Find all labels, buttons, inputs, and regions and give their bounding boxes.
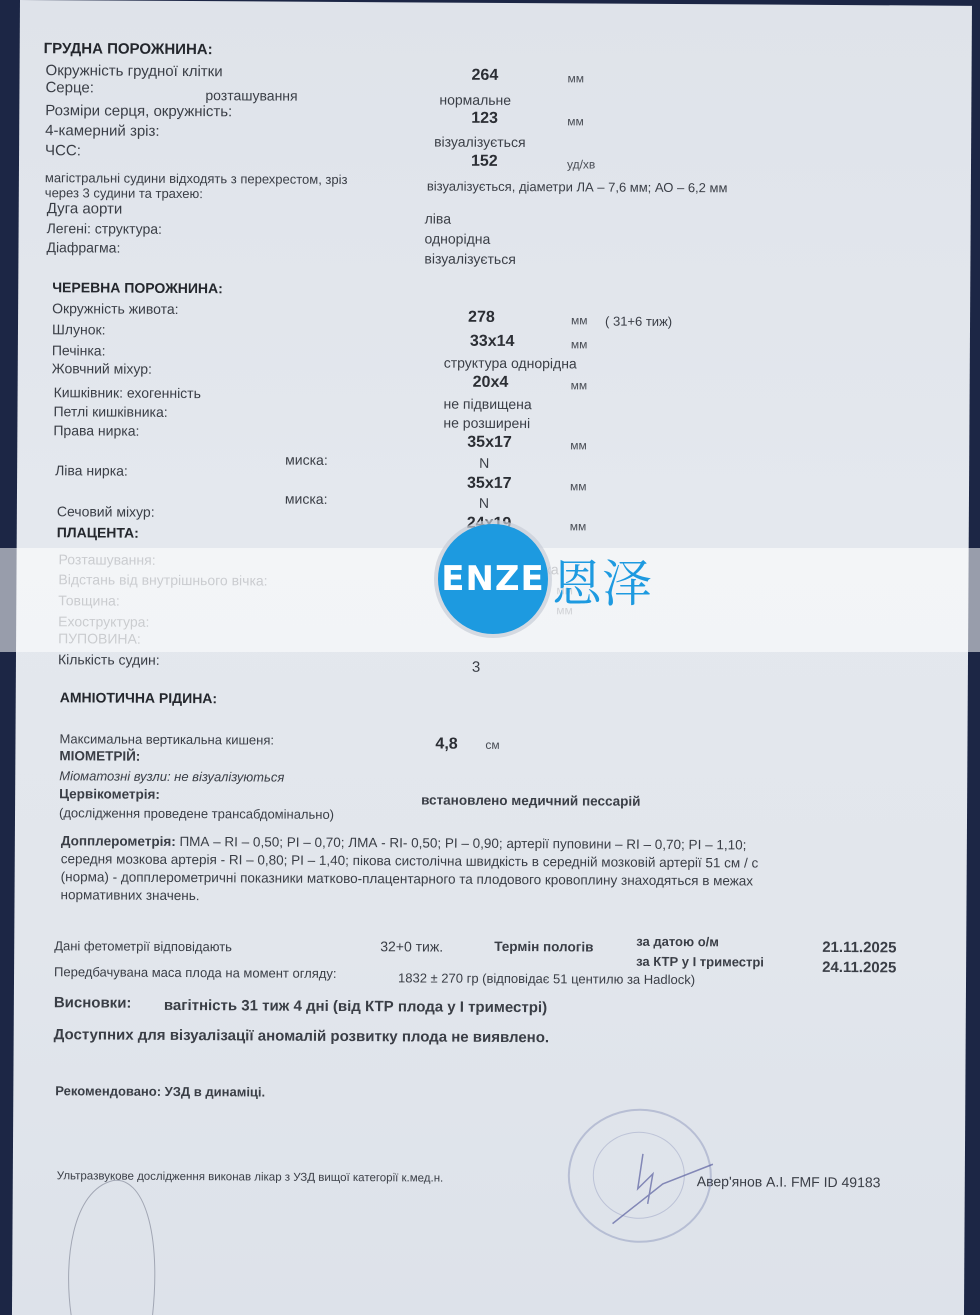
heart-rate-value: 152 [471,153,498,171]
doppler-line-4: нормативних значень. [60,886,890,909]
heart-size-unit: мм [567,114,584,128]
chest-circumference-value: 264 [471,67,498,85]
amniotic-pocket-value: 4,8 [435,736,457,754]
right-kidney-unit: мм [570,438,587,452]
report-paper: ГРУДНА ПОРОЖНИНА: Окружність грудної клі… [12,0,972,1315]
heart-position-label: розташування [205,87,297,104]
bladder-label: Сечовий міхур: [57,503,155,520]
due-lmp-label: за датою о/м [636,934,719,950]
right-pelvis-value: N [479,455,489,471]
chest-circumference-unit: мм [567,71,584,85]
doppler-title: Допплерометрія: [61,833,176,849]
due-ktr-value: 24.11.2025 [822,959,896,976]
right-pelvis-label: миска: [285,452,328,468]
abdomen-circumference-label: Окружність живота: [52,300,179,317]
gallbladder-unit: мм [571,378,588,392]
fetometry-label: Дані фетометрії відповідають [54,938,232,954]
conclusion-text: вагітність 31 тиж 4 дні (від КТР плода у… [164,997,547,1016]
amniotic-pocket-unit: см [485,738,499,752]
aortic-arch-label: Дуга аорти [47,200,123,217]
myometrium-text: Міоматозні вузли: не візуалізуються [59,768,284,784]
left-kidney-value: 35x17 [467,475,512,493]
bowel-echo-value: не підвищена [443,396,531,413]
bowel-echo-label: Кишківник: ехогенність [54,384,201,401]
chest-section-title: ГРУДНА ПОРОЖНИНА: [44,40,213,58]
right-kidney-value: 35x17 [467,434,512,452]
enze-logo-chinese: 恩泽 [552,544,652,616]
diaphragm-label: Діафрагма: [46,239,120,255]
enze-logo-text: ENZE [441,559,545,599]
due-ktr-label: за КТР у І триместрі [636,954,764,970]
heart-label: Серце: [45,79,94,96]
cervicometry-value: встановлено медичний пессарій [421,792,640,808]
fetal-weight-label: Передбачувана маса плода на момент огляд… [54,964,337,981]
heart-size-value: 123 [471,110,498,128]
great-vessels-value: візуалізується, діаметри ЛА – 7,6 мм; АО… [427,178,728,195]
cervicometry-note: (дослідження проведене трансабдомінально… [59,805,334,822]
recommendation: Рекомендовано: УЗД в динаміці. [55,1083,265,1099]
abdomen-circumference-note: ( 31+6 тиж) [605,314,672,329]
anomalies-conclusion: Доступних для візуалізації аномалій розв… [54,1026,550,1046]
right-kidney-label: Права нирка: [53,422,139,439]
four-chamber-label: 4-камерний зріз: [45,122,159,140]
stomach-value: 33x14 [470,333,515,351]
pen-mark [52,1170,173,1315]
fetometry-value: 32+0 тиж. [380,938,443,954]
stomach-label: Шлунок: [52,321,106,337]
abdomen-circumference-value: 278 [468,309,495,327]
cord-vessels-label: Кількість судин: [58,651,160,668]
great-vessels-label-2: через 3 судини та трахею: [45,185,203,201]
left-pelvis-value: N [479,495,489,511]
lungs-value: однорідна [425,230,491,246]
abdomen-circumference-unit: мм [571,313,588,327]
amniotic-pocket-label: Максимальна вертикальна кишеня: [59,731,274,747]
cord-vessels-value: 3 [472,659,480,676]
due-date-label: Термін пологів [494,939,593,955]
doppler-paragraph: Допплерометрія: ПМА – RI – 0,50; PI – 0,… [60,832,890,909]
bowel-loops-label: Петлі кишківника: [53,403,167,420]
four-chamber-value: візуалізується [434,134,526,151]
due-lmp-value: 21.11.2025 [822,939,896,956]
aortic-arch-value: ліва [425,210,451,226]
amniotic-section-title: АМНІОТИЧНА РІДИНА: [60,689,217,706]
liver-value: структура однорідна [444,355,577,372]
left-pelvis-label: миска: [285,491,328,507]
cervicometry-title: Цервікометрія: [59,786,160,802]
conclusion-label: Висновки: [54,994,132,1011]
abdomen-section-title: ЧЕРЕВНА ПОРОЖНИНА: [52,279,223,296]
diaphragm-value: візуалізується [424,250,516,267]
doctor-name: Авер'янов А.І. FMF ID 49183 [697,1173,881,1190]
stomach-unit: мм [571,337,588,351]
gallbladder-value: 20x4 [473,374,509,392]
chest-circumference-label: Окружність грудної клітки [46,62,223,80]
gallbladder-label: Жовчний міхур: [52,360,152,377]
doppler-line-1: ПМА – RI – 0,50; PI – 0,70; ЛМА - RI- 0,… [179,834,746,852]
heart-rate-unit: уд/хв [567,157,595,171]
heart-position-value: нормальне [439,92,511,108]
placenta-section-title: ПЛАЦЕНТА: [57,524,139,541]
myometrium-section-title: МІОМЕТРІЙ: [59,748,140,763]
bowel-loops-value: не розширені [443,415,530,432]
fetal-weight-value: 1832 ± 270 гр (відповідає 51 центилю за … [398,970,695,987]
bladder-unit: мм [570,519,587,533]
liver-label: Печінка: [52,342,106,358]
lungs-label: Легені: структура: [47,220,162,237]
left-kidney-unit: мм [570,479,587,493]
enze-logo-badge: ENZE [438,524,548,634]
heart-rate-label: ЧСС: [45,142,81,159]
signature-scribble [602,1144,723,1235]
heart-size-label: Розміри серця, окружність: [45,102,232,120]
left-kidney-label: Ліва нирка: [55,462,128,478]
